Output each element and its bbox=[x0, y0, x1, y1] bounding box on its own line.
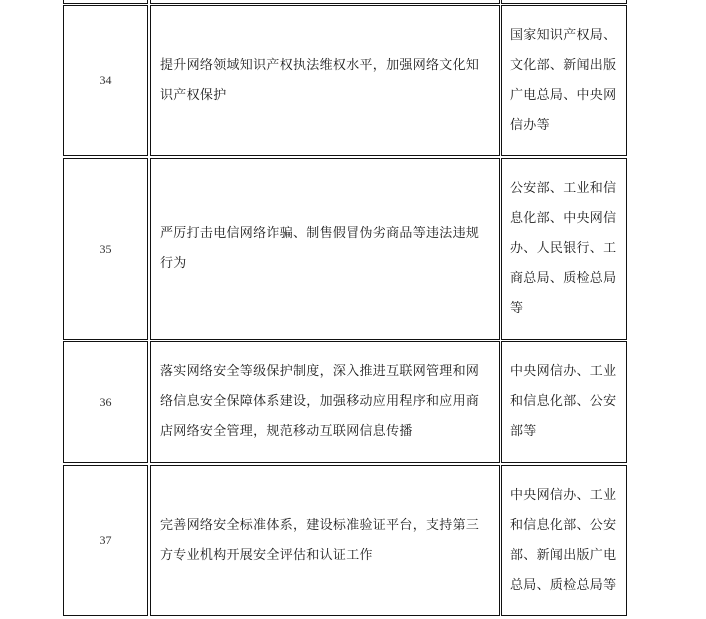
task-cell: 提升网络领域知识产权执法维权水平，加强网络文化知识产权保护 bbox=[150, 5, 500, 156]
table-row: 35 严厉打击电信网络诈骗、制售假冒伪劣商品等违法违规行为 公安部、工业和信息化… bbox=[63, 158, 628, 340]
number-cell: 35 bbox=[63, 158, 148, 340]
row-number: 34 bbox=[100, 73, 112, 88]
row-number: 37 bbox=[100, 533, 112, 548]
department-text: 公安部、工业和信息化部、中央网信办、人民银行、工商总局、质检总局等 bbox=[510, 174, 618, 324]
row-number: 36 bbox=[100, 395, 112, 410]
row-number: 35 bbox=[100, 242, 112, 257]
number-cell: 37 bbox=[63, 465, 148, 616]
table-row-continued bbox=[63, 0, 628, 4]
task-text: 落实网络安全等级保护制度，深入推进互联网管理和网络信息安全保障体系建设，加强移动… bbox=[160, 357, 489, 447]
task-text: 严厉打击电信网络诈骗、制售假冒伪劣商品等违法违规行为 bbox=[160, 219, 489, 279]
task-cell bbox=[150, 0, 500, 4]
task-cell: 严厉打击电信网络诈骗、制售假冒伪劣商品等违法违规行为 bbox=[150, 158, 500, 340]
task-cell: 完善网络安全标准体系，建设标准验证平台，支持第三方专业机构开展安全评估和认证工作 bbox=[150, 465, 500, 616]
department-cell: 中央网信办、工业和信息化部、公安部等 bbox=[501, 341, 627, 463]
department-text: 中央网信办、工业和信息化部、公安部等 bbox=[510, 357, 618, 447]
department-text: 国家知识产权局、文化部、新闻出版广电总局、中央网信办等 bbox=[510, 21, 618, 141]
task-text: 完善网络安全标准体系，建设标准验证平台，支持第三方专业机构开展安全评估和认证工作 bbox=[160, 511, 489, 571]
number-cell: 34 bbox=[63, 5, 148, 156]
number-cell: 36 bbox=[63, 341, 148, 463]
department-cell: 中央网信办、工业和信息化部、公安部、新闻出版广电总局、质检总局等 bbox=[501, 465, 627, 616]
table-row: 34 提升网络领域知识产权执法维权水平，加强网络文化知识产权保护 国家知识产权局… bbox=[63, 5, 628, 156]
task-text: 提升网络领域知识产权执法维权水平，加强网络文化知识产权保护 bbox=[160, 51, 489, 111]
department-cell: 公安部、工业和信息化部、中央网信办、人民银行、工商总局、质检总局等 bbox=[501, 158, 627, 340]
department-cell bbox=[501, 0, 627, 4]
department-text: 中央网信办、工业和信息化部、公安部、新闻出版广电总局、质检总局等 bbox=[510, 481, 618, 601]
department-cell: 国家知识产权局、文化部、新闻出版广电总局、中央网信办等 bbox=[501, 5, 627, 156]
task-cell: 落实网络安全等级保护制度，深入推进互联网管理和网络信息安全保障体系建设，加强移动… bbox=[150, 341, 500, 463]
table-row: 37 完善网络安全标准体系，建设标准验证平台，支持第三方专业机构开展安全评估和认… bbox=[63, 465, 628, 616]
table-row: 36 落实网络安全等级保护制度，深入推进互联网管理和网络信息安全保障体系建设，加… bbox=[63, 341, 628, 463]
number-cell bbox=[63, 0, 148, 4]
